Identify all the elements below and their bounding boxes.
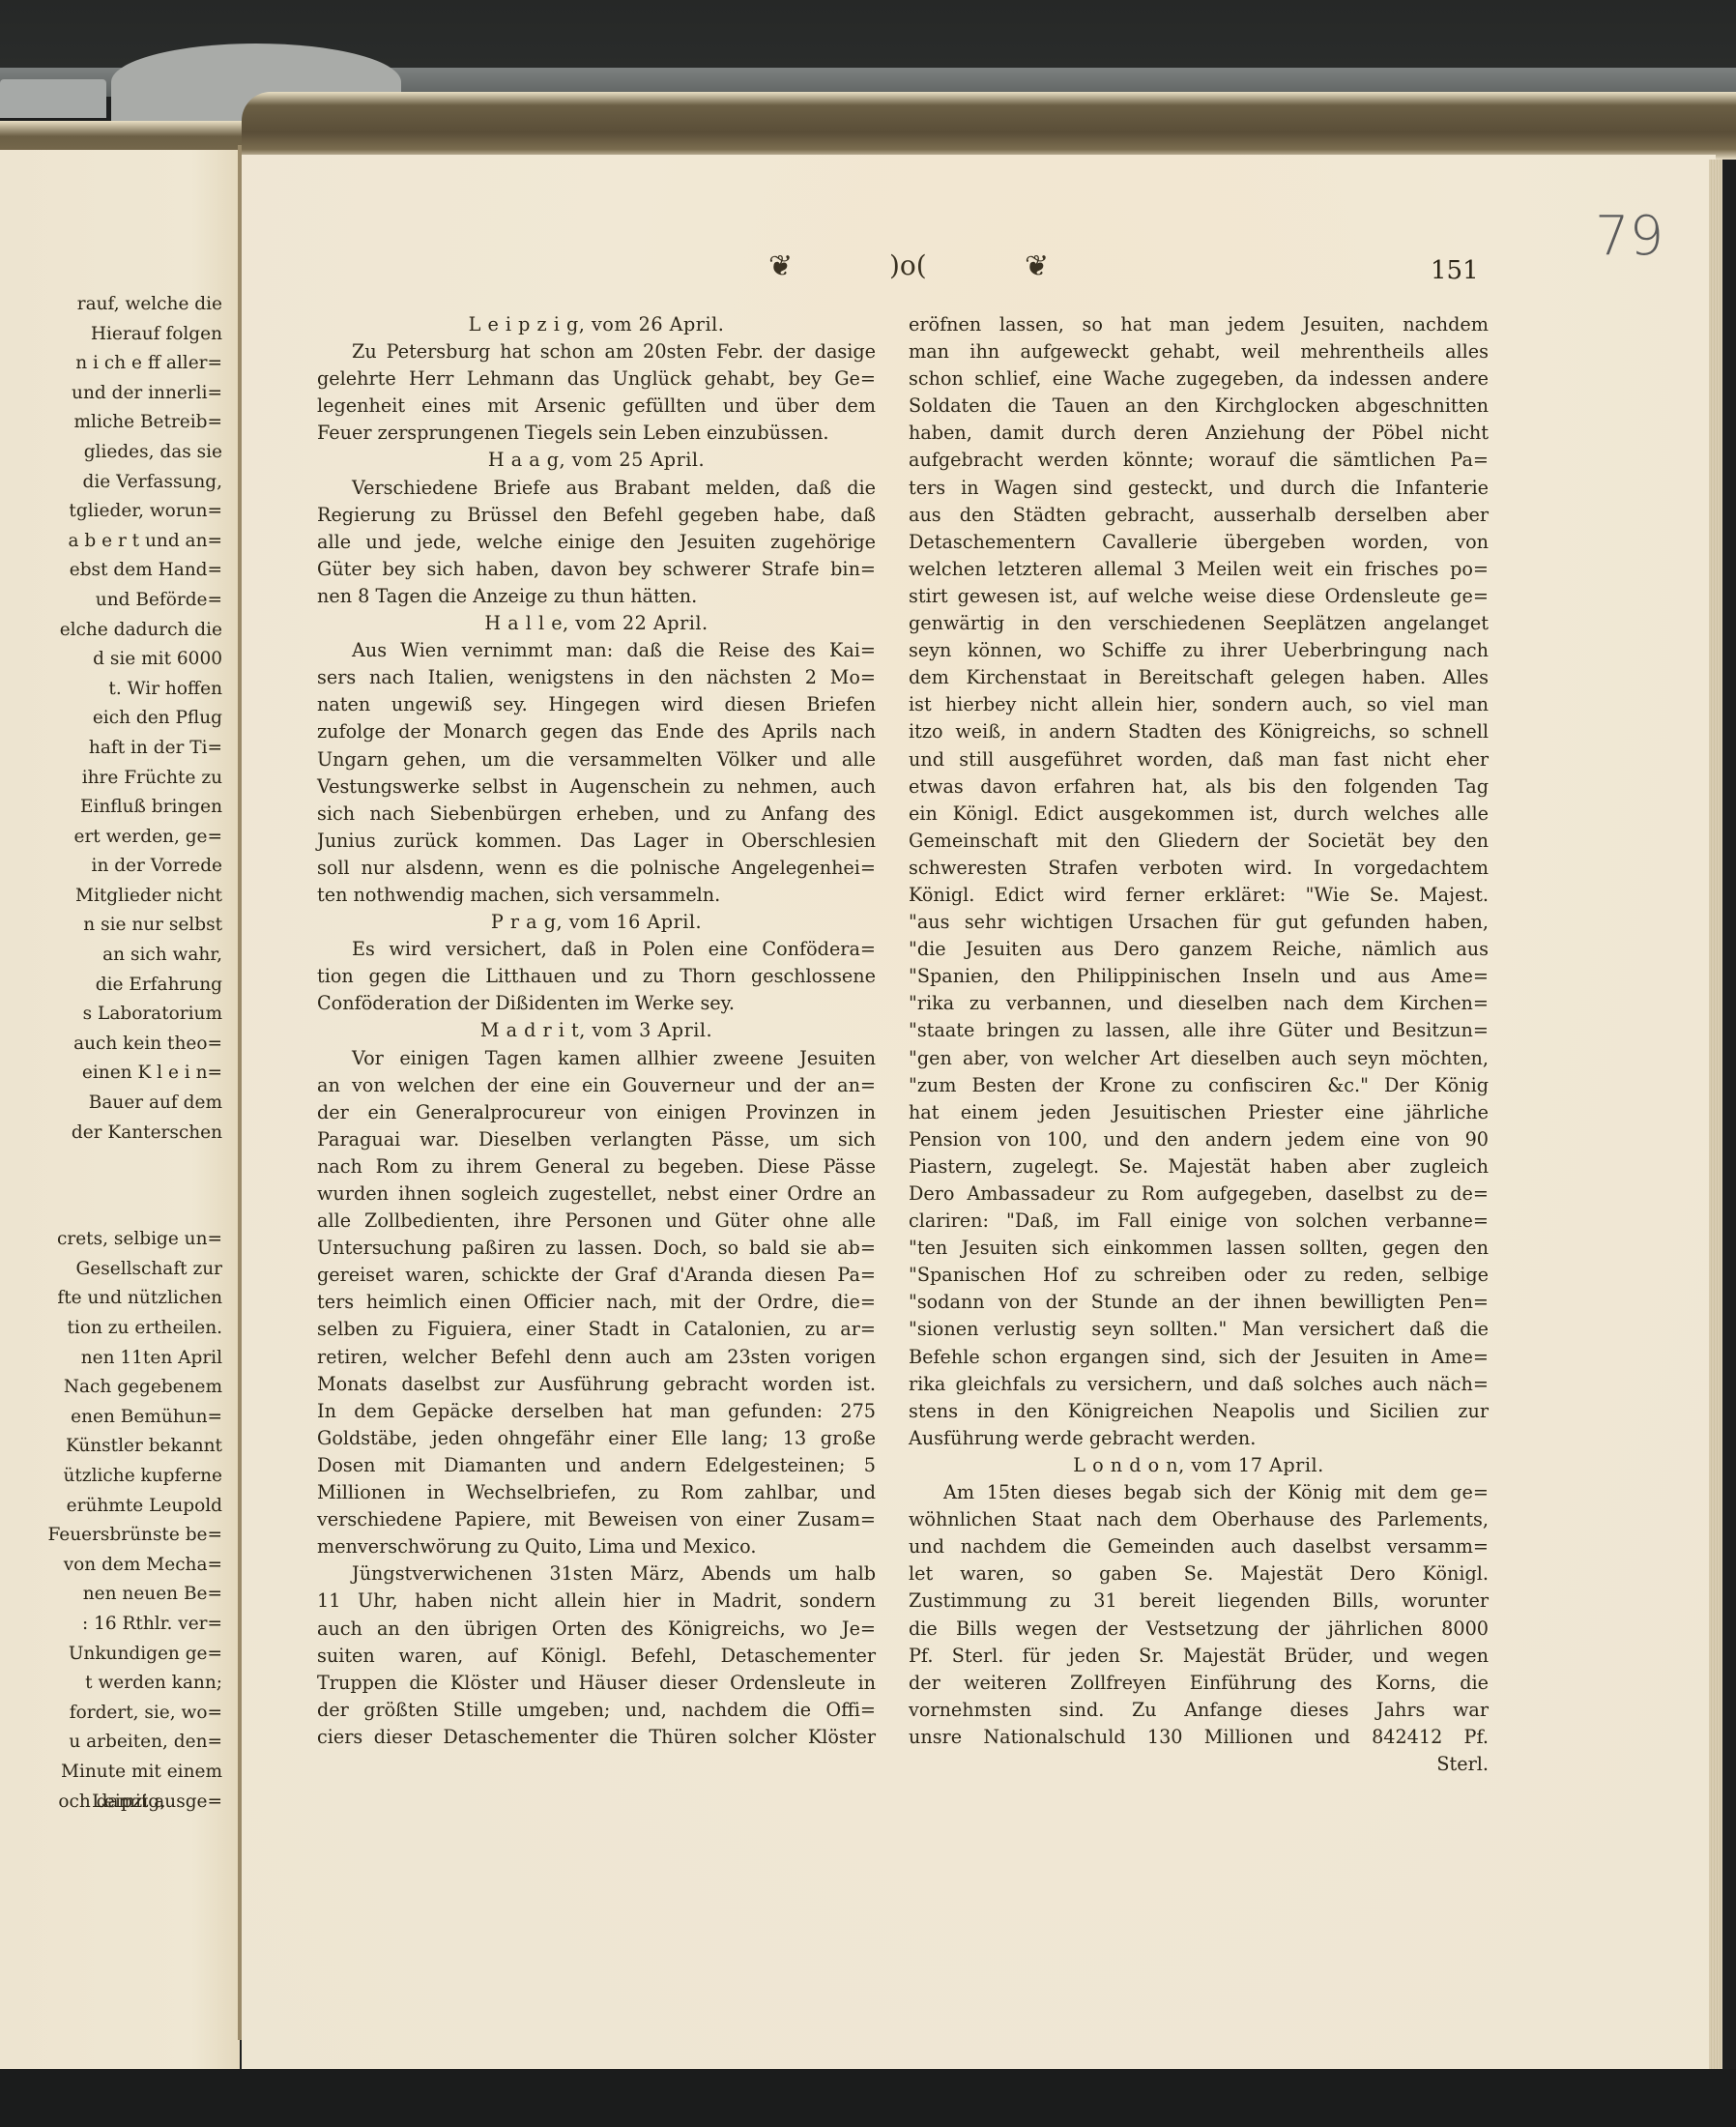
- text-line: s Laboratorium: [0, 1000, 222, 1030]
- text-line: und nachdem die Gemeinden auch daselbst …: [909, 1533, 1489, 1560]
- text-line: Regierung zu Brüssel den Befehl gegeben …: [317, 502, 876, 529]
- text-line: "Spanien, den Philippinischen Inseln und…: [909, 963, 1489, 990]
- text-line: von dem Mecha=: [0, 1551, 222, 1581]
- text-line: die Verfassung,: [0, 468, 222, 498]
- paragraph-start: Zu Petersburg hat schon am 20sten Febr. …: [317, 338, 876, 365]
- text-line: haft in der Ti=: [0, 734, 222, 764]
- text-line: vornehmsten sind. Zu Anfange dieses Jahr…: [909, 1697, 1489, 1724]
- text-line: rauf, welche die: [0, 290, 222, 320]
- text-line: welchen letzteren allemal 3 Meilen weit …: [909, 556, 1489, 583]
- text-line: der größten Stille umgeben; und, nachdem…: [317, 1697, 876, 1724]
- text-line: fordert, sie, wo=: [0, 1699, 222, 1729]
- dateline-heading: H a a g, vom 25 April.: [317, 447, 876, 474]
- text-line: Untersuchung paßiren zu lassen. Doch, so…: [317, 1235, 876, 1262]
- text-line: unsre Nationalschuld 130 Millionen und 8…: [909, 1724, 1489, 1751]
- text-line: clariren: "Daß, im Fall einige von solch…: [909, 1208, 1489, 1235]
- text-line: t. Wir hoffen: [0, 675, 222, 705]
- text-line: eröfnen lassen, so hat man jedem Jesuite…: [909, 311, 1489, 338]
- text-line: Mitglieder nicht: [0, 882, 222, 912]
- background-bottom: [0, 2069, 1736, 2127]
- text-line: die Erfahrung: [0, 971, 222, 1001]
- text-line: wöhnlichen Staat nach dem Oberhause des …: [909, 1506, 1489, 1533]
- paragraph-start: Verschiedene Briefe aus Brabant melden, …: [317, 475, 876, 502]
- text-line: Soldaten die Tauen an den Kirchglocken a…: [909, 393, 1489, 420]
- dateline-heading: P r a g, vom 16 April.: [317, 909, 876, 936]
- text-line: suiten waren, auf Königl. Befehl, Detasc…: [317, 1643, 876, 1670]
- text-line: Goldstäbe, jeden ohngefähr einer Elle la…: [317, 1425, 876, 1452]
- text-line: Paraguai war. Dieselben verlangten Pässe…: [317, 1126, 876, 1153]
- center-ornament-icon: )o(: [889, 249, 927, 281]
- text-line: auch kein theo=: [0, 1030, 222, 1060]
- text-line: eich den Pflug: [0, 704, 222, 734]
- text-line: sers nach Italien, wenigstens in den näc…: [317, 664, 876, 691]
- text-line: retiren, welcher Befehl denn auch am 23s…: [317, 1344, 876, 1371]
- text-line: Ungarn gehen, um die versammelten Völker…: [317, 746, 876, 773]
- text-line: nen neuen Be=: [0, 1580, 222, 1610]
- text-line: mliche Betreib=: [0, 408, 222, 438]
- text-line: t werden kann;: [0, 1669, 222, 1699]
- text-line: ters heimlich einen Officier nach, mit d…: [317, 1289, 876, 1316]
- text-line: an von welchen der eine ein Gouverneur u…: [317, 1072, 876, 1099]
- text-line: verschiedene Papiere, mit Beweisen von e…: [317, 1506, 876, 1533]
- text-line: selben zu Figuiera, einer Stadt in Catal…: [317, 1316, 876, 1343]
- text-line: u arbeiten, den=: [0, 1728, 222, 1758]
- text-line: n i ch e ff aller=: [0, 349, 222, 379]
- text-line: let waren, so gaben Se. Majestät Dero Kö…: [909, 1560, 1489, 1588]
- text-line: "gen aber, von welcher Art dieselben auc…: [909, 1045, 1489, 1072]
- text-line: der weiteren Zollfreyen Einführung des K…: [909, 1670, 1489, 1697]
- text-line: Bauer auf dem: [0, 1089, 222, 1119]
- text-line: tion gegen die Litthauen und zu Thorn ge…: [317, 963, 876, 990]
- text-line: Millionen in Wechselbriefen, zu Rom zahl…: [317, 1479, 876, 1506]
- section-break: [0, 1148, 222, 1225]
- text-line: nen 11ten April: [0, 1344, 222, 1374]
- book-gutter: [238, 145, 242, 2040]
- text-line: haben, damit durch deren Anziehung der P…: [909, 420, 1489, 447]
- paragraph-end: nen 8 Tagen die Anzeige zu thun hätten.: [317, 583, 876, 610]
- text-line: genwärtig in den verschiedenen Seeplätze…: [909, 610, 1489, 637]
- text-line: einen K l e i n=: [0, 1059, 222, 1089]
- text-line: n sie nur selbst: [0, 911, 222, 941]
- text-line: erühmte Leupold: [0, 1492, 222, 1522]
- paragraph-end: Conföderation der Dißidenten im Werke se…: [317, 990, 876, 1017]
- text-line: gliedes, das sie: [0, 438, 222, 468]
- text-line: in der Vorrede: [0, 852, 222, 882]
- folio-stamp: 79: [1595, 205, 1664, 268]
- text-line: ert werden, ge=: [0, 823, 222, 853]
- text-line: schweresten Strafen verboten wird. In vo…: [909, 855, 1489, 882]
- text-column-right: eröfnen lassen, so hat man jedem Jesuite…: [909, 311, 1489, 1778]
- text-line: der Kanterschen: [0, 1119, 222, 1149]
- text-line: stens in den Königreichen Neapolis und S…: [909, 1398, 1489, 1425]
- text-line: und Beförde=: [0, 586, 222, 616]
- paragraph-start: Jüngstverwichenen 31sten März, Abends um…: [317, 1560, 876, 1588]
- text-line: "zum Besten der Krone zu confisciren &c.…: [909, 1072, 1489, 1099]
- text-line: Feuersbrünste be=: [0, 1521, 222, 1551]
- text-line: wurden ihnen sogleich zugestellet, nebst…: [317, 1180, 876, 1208]
- text-line: crets, selbige un=: [0, 1225, 222, 1255]
- text-line: legenheit eines mit Arsenic gefüllten un…: [317, 393, 876, 420]
- text-line: hat einem jeden Jesuitischen Priester ei…: [909, 1099, 1489, 1126]
- page-edges-top: [242, 92, 1736, 160]
- shell-ornament-icon: ❦: [1025, 249, 1049, 283]
- text-line: man ihn aufgeweckt gehabt, weil mehrenth…: [909, 338, 1489, 365]
- text-line: 11 Uhr, haben nicht allein hier in Madri…: [317, 1588, 876, 1615]
- paragraph-start: Es wird versichert, daß in Polen eine Co…: [317, 936, 876, 963]
- text-line: ein Königl. Edict ausgekommen ist, durch…: [909, 801, 1489, 828]
- text-line: "die Jesuiten aus Dero ganzem Reiche, nä…: [909, 936, 1489, 963]
- text-line: gereiset waren, schickte der Graf d'Aran…: [317, 1262, 876, 1289]
- text-line: itzo weiß, in andern Stadten des Königre…: [909, 718, 1489, 745]
- text-line: Vestungswerke selbst in Augenschein zu n…: [317, 773, 876, 801]
- text-line: Detaschementern Cavallerie übergeben wor…: [909, 529, 1489, 556]
- text-line: Zustimmung zu 31 bereit liegenden Bills,…: [909, 1588, 1489, 1615]
- paragraph-end: Ausführung werde gebracht werden.: [909, 1425, 1489, 1452]
- text-line: aus den Städten gebracht, ausserhalb der…: [909, 502, 1489, 529]
- text-line: schon schlief, eine Wache zugegeben, da …: [909, 365, 1489, 393]
- text-line: naten ungewiß sey. Hingegen wird diesen …: [317, 691, 876, 718]
- text-line: "rika zu verbannen, und dieselben nach d…: [909, 990, 1489, 1017]
- text-line: elche dadurch die: [0, 616, 222, 646]
- text-line: ters in Wagen sind gesteckt, und durch d…: [909, 475, 1489, 502]
- text-line: ebst dem Hand=: [0, 556, 222, 586]
- text-line: gelehrte Herr Lehmann das Unglück gehabt…: [317, 365, 876, 393]
- text-line: Königl. Edict wird ferner erkläret: "Wie…: [909, 882, 1489, 909]
- text-line: ützliche kupferne: [0, 1462, 222, 1492]
- paragraph-start: Vor einigen Tagen kamen allhier zweene J…: [317, 1045, 876, 1072]
- text-line: nach Rom zu ihrem General zu begeben. Di…: [317, 1153, 876, 1180]
- text-line: Dosen mit Diamanten und andern Edelgeste…: [317, 1452, 876, 1479]
- text-line: "aus sehr wichtigen Ursachen für gut gef…: [909, 909, 1489, 936]
- text-line: an sich wahr,: [0, 941, 222, 971]
- text-line: tglieder, worun=: [0, 497, 222, 527]
- paragraph-end: Feuer zersprungenen Tiegels sein Leben e…: [317, 420, 876, 447]
- dateline-heading: M a d r i t, vom 3 April.: [317, 1017, 876, 1044]
- text-line: Nach gegebenem: [0, 1373, 222, 1403]
- dateline-heading: L e i p z i g, vom 26 April.: [317, 311, 876, 338]
- text-line: Unkundigen ge=: [0, 1640, 222, 1670]
- text-line: seyn können, wo Schiffe zu ihrer Ueberbr…: [909, 637, 1489, 664]
- text-line: alle und jede, welche einige den Jesuite…: [317, 529, 876, 556]
- text-line: rika gleichfals zu versichern, und daß s…: [909, 1371, 1489, 1398]
- text-line: und der innerli=: [0, 379, 222, 409]
- text-line: "sodann von der Stunde an der ihnen bewi…: [909, 1289, 1489, 1316]
- text-line: In dem Gepäcke derselben hat man gefunde…: [317, 1398, 876, 1425]
- text-line: auch an den übrigen Orten des Königreich…: [317, 1616, 876, 1643]
- text-line: stirt gewesen ist, auf welche weise dies…: [909, 583, 1489, 610]
- text-line: Pension von 100, und den andern jedem ei…: [909, 1126, 1489, 1153]
- text-line: Piastern, zugelegt. Se. Majestät haben a…: [909, 1153, 1489, 1180]
- dateline-heading: H a l l e, vom 22 April.: [317, 610, 876, 637]
- catchword: Leipzig,: [92, 1791, 165, 1812]
- text-line: Befehle schon ergangen sind, sich der Je…: [909, 1344, 1489, 1371]
- text-line: fte und nützlichen: [0, 1284, 222, 1314]
- text-line: der ein Generalprocureur von einigen Pro…: [317, 1099, 876, 1126]
- paragraph-end: menverschwörung zu Quito, Lima und Mexic…: [317, 1533, 876, 1560]
- text-line: Minute mit einem: [0, 1758, 222, 1788]
- text-line: d sie mit 6000: [0, 645, 222, 675]
- text-line: dem Kirchenstaat in Bereitschaft gelegen…: [909, 664, 1489, 691]
- text-line: alle Zollbedienten, ihre Personen und Gü…: [317, 1208, 876, 1235]
- text-line: Sterl.: [909, 1751, 1489, 1778]
- page-edges-right: [1709, 160, 1722, 2074]
- text-line: Truppen die Klöster und Häuser dieser Or…: [317, 1670, 876, 1697]
- text-line: "staate bringen zu lassen, alle ihre Güt…: [909, 1017, 1489, 1044]
- text-line: ihre Früchte zu: [0, 764, 222, 794]
- text-line: Hierauf folgen: [0, 320, 222, 350]
- text-column-left: L e i p z i g, vom 26 April.Zu Petersbur…: [317, 311, 876, 1751]
- text-line: die Bills wegen der Vestsetzung der jähr…: [909, 1616, 1489, 1643]
- text-line: Künstler bekannt: [0, 1432, 222, 1462]
- text-line: Dero Ambassadeur zu Rom aufgegeben, dase…: [909, 1180, 1489, 1208]
- paragraph-end: ten nothwendig machen, sich versammeln.: [317, 882, 876, 909]
- text-line: soll nur alsdenn, wenn es die polnische …: [317, 855, 876, 882]
- dateline-heading: L o n d o n, vom 17 April.: [909, 1452, 1489, 1479]
- shell-ornament-icon: ❦: [768, 249, 793, 283]
- text-line: tion zu ertheilen.: [0, 1314, 222, 1344]
- left-page-text: rauf, welche dieHierauf folgenn i ch e f…: [0, 290, 222, 1817]
- text-line: Güter bey sich haben, davon bey schwerer…: [317, 556, 876, 583]
- paragraph-start: Aus Wien vernimmt man: daß die Reise des…: [317, 637, 876, 664]
- page-number: 151: [1431, 256, 1479, 285]
- text-line: "ten Jesuiten sich einkommen lassen soll…: [909, 1235, 1489, 1262]
- text-line: Pf. Sterl. für jeden Sr. Majestät Brüder…: [909, 1643, 1489, 1670]
- text-line: : 16 Rthlr. ver=: [0, 1610, 222, 1640]
- paragraph-start: Am 15ten dieses begab sich der König mit…: [909, 1479, 1489, 1506]
- text-line: ciers dieser Detaschementer die Thüren s…: [317, 1724, 876, 1751]
- text-line: "Spanischen Hof zu schreiben oder zu red…: [909, 1262, 1489, 1289]
- text-line: enen Bemühun=: [0, 1403, 222, 1433]
- text-line: Gesellschaft zur: [0, 1255, 222, 1285]
- text-line: sich nach Siebenbürgen erheben, und zu A…: [317, 801, 876, 828]
- text-line: aufgebracht werden könnte; worauf die sä…: [909, 447, 1489, 474]
- text-line: etwas davon erfahren hat, als bis den fo…: [909, 773, 1489, 801]
- text-line: a b e r t und an=: [0, 527, 222, 557]
- text-line: ist hierbey nicht allein hier, sondern a…: [909, 691, 1489, 718]
- text-line: Monats daselbst zur Ausführung gebracht …: [317, 1371, 876, 1398]
- text-line: Einfluß bringen: [0, 793, 222, 823]
- text-line: "sionen verlustig seyn sollten." Man ver…: [909, 1316, 1489, 1343]
- text-line: und still ausgeführet worden, daß man fa…: [909, 746, 1489, 773]
- headband-left: [0, 79, 106, 118]
- text-line: Gemeinschaft mit den Gliedern der Societ…: [909, 828, 1489, 855]
- text-line: Junius zurück kommen. Das Lager in Obers…: [317, 828, 876, 855]
- text-line: zufolge der Monarch gegen das Ende des A…: [317, 718, 876, 745]
